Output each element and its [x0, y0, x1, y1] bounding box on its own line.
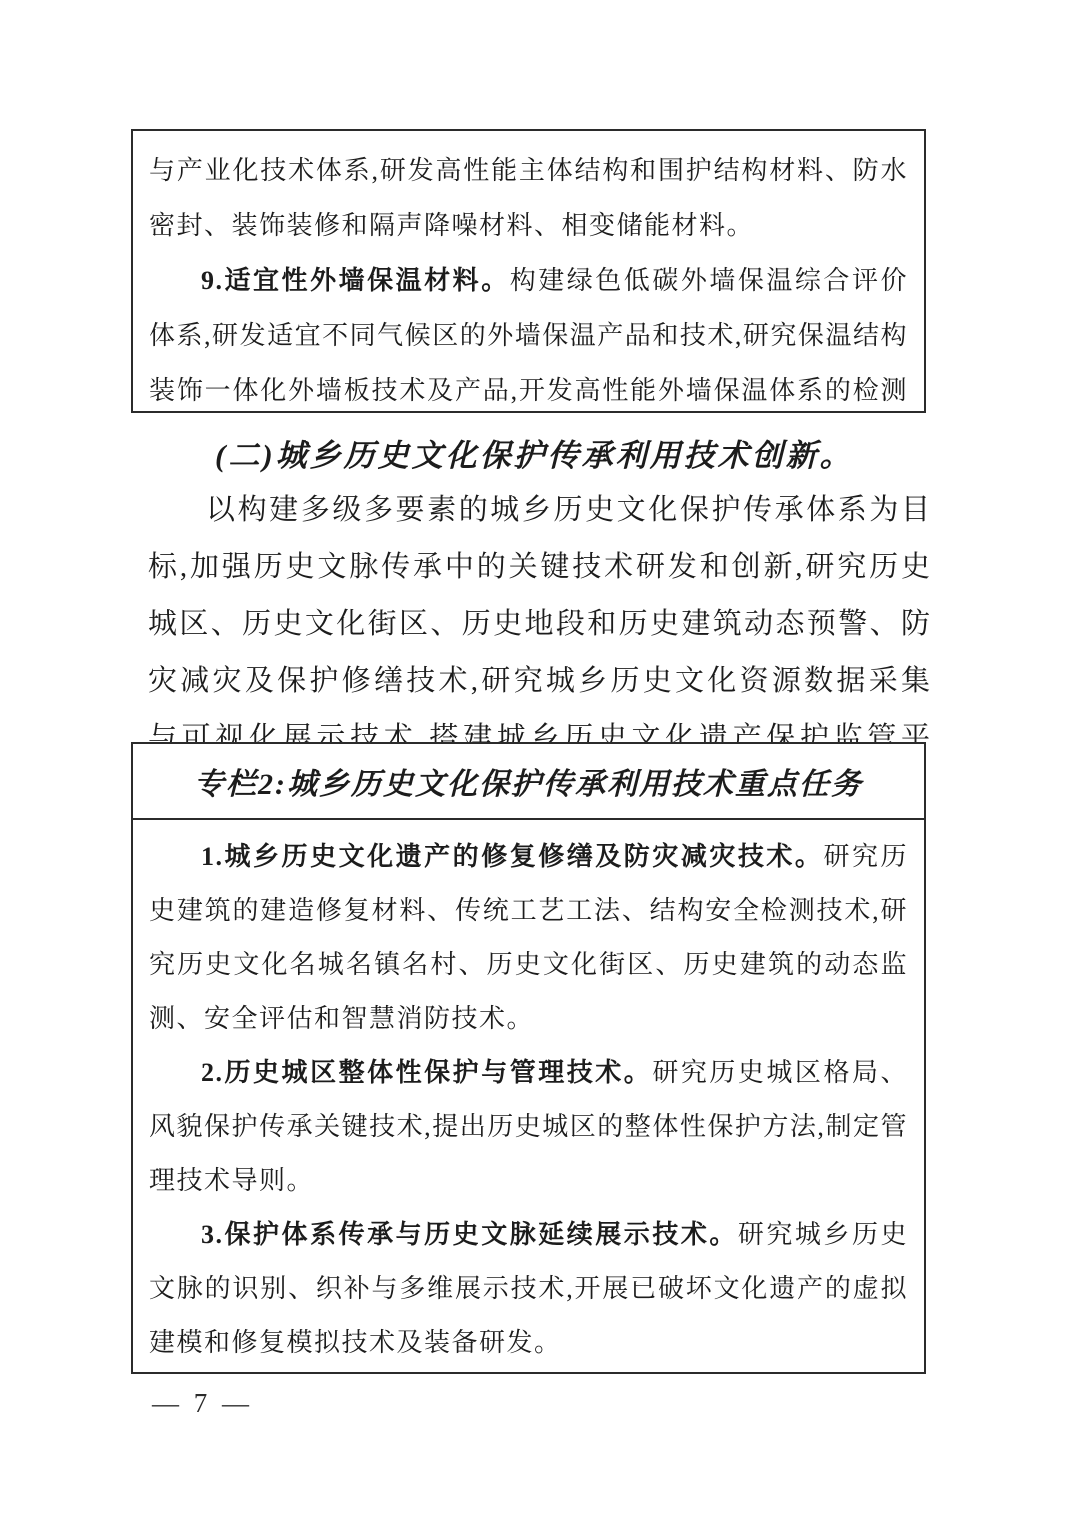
box2-item-1: 1.城乡历史文化遗产的修复修缮及防灾减灾技术。研究历史建筑的建造修复材料、传统工… [149, 830, 908, 1046]
box1-item9-lead: 9.适宜性外墙保温材料。 [201, 266, 510, 295]
box2-item2-lead: 2.历史城区整体性保护与管理技术。 [201, 1058, 652, 1087]
section-heading: (二)城乡历史文化保护传承利用技术创新。 [215, 430, 854, 475]
page-number: — 7 — [152, 1388, 253, 1419]
box2-item-3: 3.保护体系传承与历史文脉延续展示技术。研究城乡历史文脉的识别、织补与多维展示技… [149, 1208, 908, 1370]
box1-continuation-paragraph: 与产业化技术体系,研发高性能主体结构和围护结构材料、防水密封、装饰装修和隔声降噪… [149, 143, 908, 253]
box2-title: 专栏2:城乡历史文化保护传承利用技术重点任务 [133, 744, 924, 820]
continued-task-box: 与产业化技术体系,研发高性能主体结构和围护结构材料、防水密封、装饰装修和隔声降噪… [131, 129, 926, 413]
box2-body: 1.城乡历史文化遗产的修复修缮及防灾减灾技术。研究历史建筑的建造修复材料、传统工… [133, 820, 924, 1370]
box2-item3-lead: 3.保护体系传承与历史文脉延续展示技术。 [201, 1220, 738, 1249]
box2-item-2: 2.历史城区整体性保护与管理技术。研究历史城区格局、风貌保护传承关键技术,提出历… [149, 1046, 908, 1208]
box1-item-9: 9.适宜性外墙保温材料。构建绿色低碳外墙保温综合评价体系,研发适宜不同气候区的外… [149, 253, 908, 413]
box2-item1-lead: 1.城乡历史文化遗产的修复修缮及防灾减灾技术。 [201, 842, 823, 871]
document-page: 与产业化技术体系,研发高性能主体结构和围护结构材料、防水密封、装饰装修和隔声降噪… [0, 0, 1080, 1527]
column-2-task-box: 专栏2:城乡历史文化保护传承利用技术重点任务 1.城乡历史文化遗产的修复修缮及防… [131, 742, 926, 1374]
